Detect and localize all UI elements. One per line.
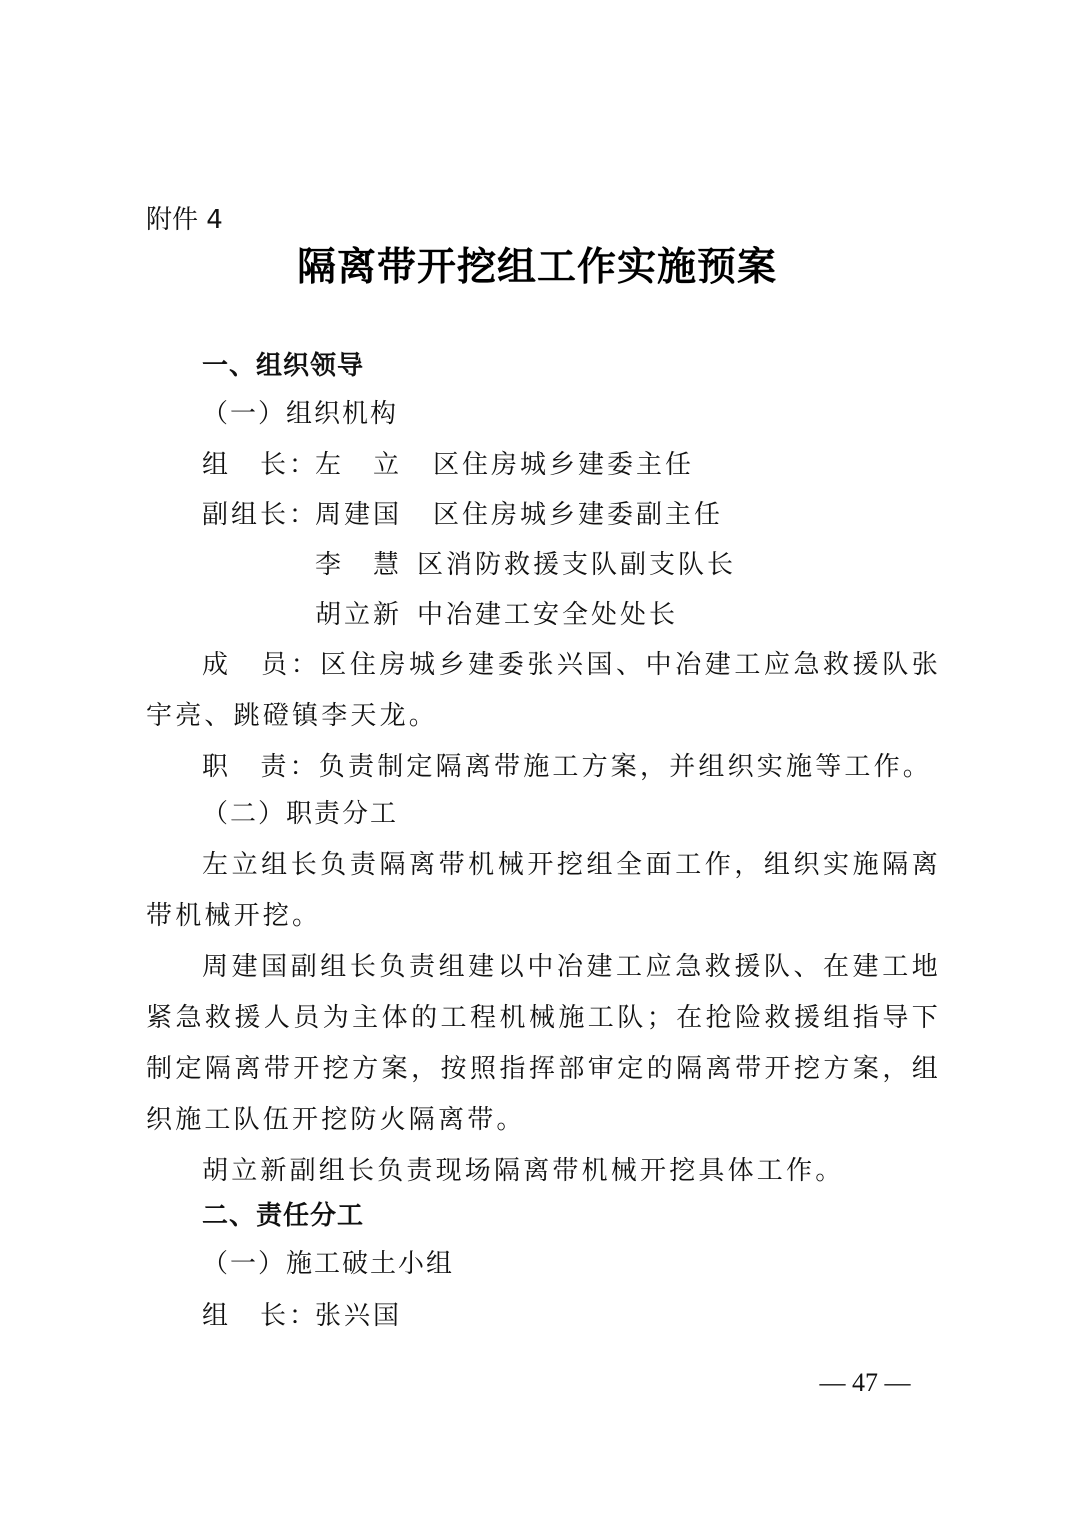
group-leader-label: 组 长： bbox=[202, 1294, 315, 1338]
deputy-role: 区住房城乡建委副主任 bbox=[433, 500, 723, 530]
deputy-role: 中冶建工安全处处长 bbox=[417, 600, 678, 630]
deputy-row: 副组长：周建国区住房城乡建委副主任 bbox=[202, 493, 723, 537]
group-leader-name: 张兴国 bbox=[315, 1301, 402, 1331]
duty-division-paragraph: 周建国副组长负责组建以中冶建工应急救援队、在建工地紧急救援人员为主体的工程机械施… bbox=[146, 942, 941, 1146]
duty-division-paragraph: 左立组长负责隔离带机械开挖组全面工作，组织实施隔离带机械开挖。 bbox=[146, 840, 941, 942]
deputy-row: 胡立新中冶建工安全处处长 bbox=[202, 593, 678, 637]
subsection-heading-2-1: （一）施工破土小组 bbox=[202, 1242, 454, 1286]
leader-label: 组 长： bbox=[202, 443, 315, 487]
deputy-role: 区消防救援支队副支队长 bbox=[417, 550, 736, 580]
document-title: 隔离带开挖组工作实施预案 bbox=[0, 240, 1074, 294]
duty-paragraph: 职 责：负责制定隔离带施工方案，并组织实施等工作。 bbox=[146, 742, 941, 793]
deputy-name: 周建国 bbox=[315, 493, 433, 537]
duty-division-paragraph: 胡立新副组长负责现场隔离带机械开挖具体工作。 bbox=[146, 1146, 941, 1197]
leader-name: 左 立 bbox=[315, 443, 433, 487]
section-heading-2: 二、责任分工 bbox=[202, 1194, 364, 1238]
deputy-label: 副组长： bbox=[202, 493, 315, 537]
section-heading-1: 一、组织领导 bbox=[202, 344, 364, 388]
deputy-name: 胡立新 bbox=[315, 593, 417, 637]
subsection-heading-1-1: （一）组织机构 bbox=[202, 392, 398, 436]
leader-role: 区住房城乡建委主任 bbox=[433, 450, 694, 480]
leader-row: 组 长：左 立区住房城乡建委主任 bbox=[202, 443, 694, 487]
page-number: — 47 — bbox=[805, 1366, 925, 1400]
subsection-heading-1-2: （二）职责分工 bbox=[202, 792, 398, 836]
deputy-row: 李 慧区消防救援支队副支队长 bbox=[202, 543, 736, 587]
attachment-label: 附件 4 bbox=[146, 202, 223, 238]
group-leader-row: 组 长：张兴国 bbox=[202, 1294, 402, 1338]
deputy-name: 李 慧 bbox=[315, 543, 417, 587]
document-page: 附件 4 隔离带开挖组工作实施预案 一、组织领导 （一）组织机构 组 长：左 立… bbox=[0, 0, 1074, 1520]
members-paragraph: 成 员：区住房城乡建委张兴国、中冶建工应急救援队张宇亮、跳磴镇李天龙。 bbox=[146, 640, 941, 742]
